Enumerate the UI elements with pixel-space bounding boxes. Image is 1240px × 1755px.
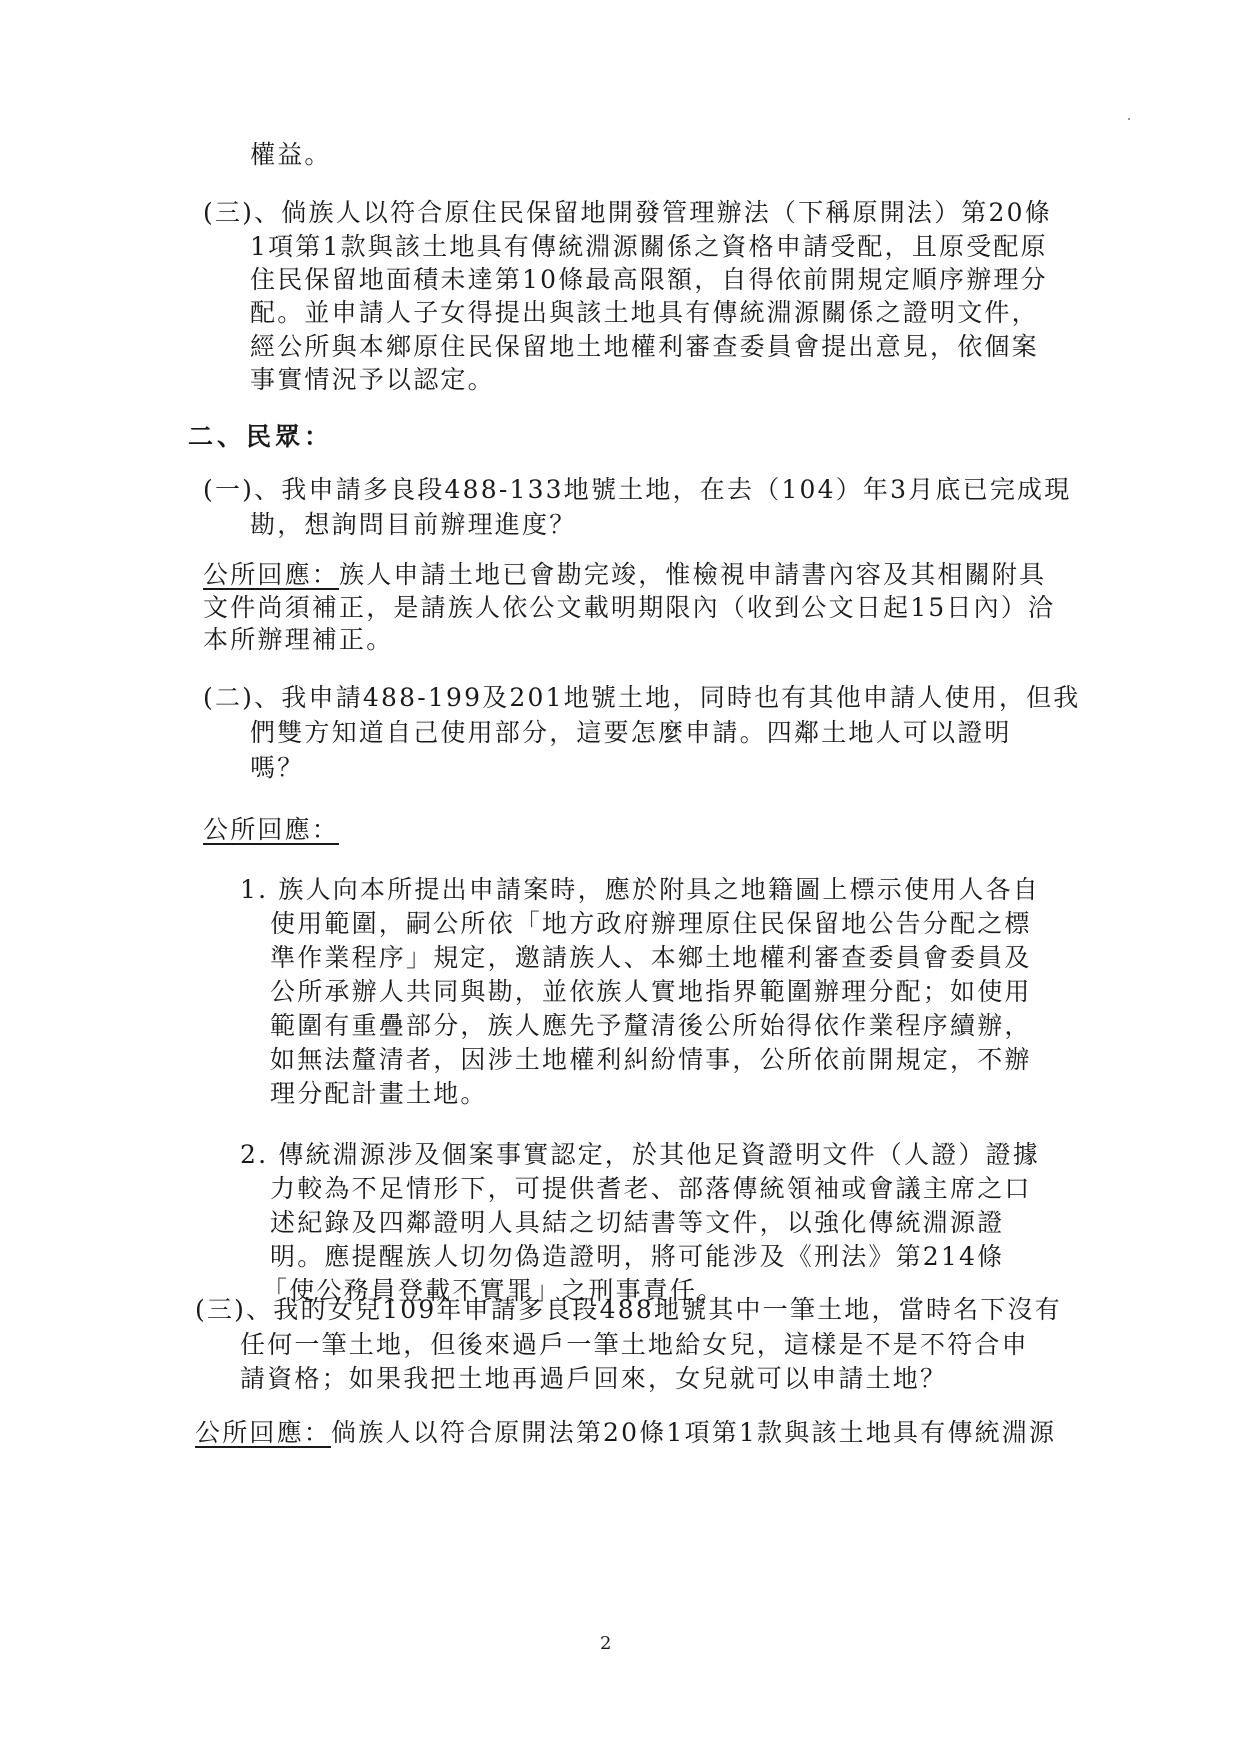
response-one-line: 文件尚須補正，是請族人依公文載明期限內（收到公文日起15日內）洽: [203, 591, 1055, 625]
question-two-line: 嗎？: [250, 751, 304, 785]
response-one-line: 公所回應：族人申請土地已會勘完竣，惟檢視申請書內容及其相關附具: [203, 558, 1046, 592]
response-text: 倘族人以符合原開法第20條1項第1款與該土地具有傳統淵源: [331, 1418, 1056, 1447]
page-number: 2: [600, 1633, 611, 1654]
response-two-item-two-line: 2. 傳統淵源涉及個案事實認定，於其他足資證明文件（人證）證據: [240, 1138, 1040, 1172]
response-three-line: 公所回應：倘族人以符合原開法第20條1項第1款與該土地具有傳統淵源: [195, 1416, 1056, 1450]
response-two-item-one-line: 使用範圍，嗣公所依「地方政府辦理原住民保留地公告分配之標: [270, 907, 1032, 941]
response-two-item-one-line: 如無法釐清者，因涉土地權利糾紛情事，公所依前開規定，不辦: [270, 1043, 1032, 1077]
item-three-line: 經公所與本鄉原住民保留地土地權利審查委員會提出意見，依個案: [250, 330, 1039, 364]
question-two-line: (二)、我申請488-199及201地號土地，同時也有其他申請人使用，但我: [203, 681, 1081, 715]
response-one-line: 本所辦理補正。: [203, 623, 393, 657]
question-one-line: 勘，想詢問目前辦理進度？: [250, 508, 576, 542]
response-label: 公所回應：: [203, 560, 339, 589]
response-two-item-one-line: 準作業程序」規定，邀請族人、本鄉土地權利審查委員會委員及: [270, 941, 1032, 975]
response-two-item-one-line: 範圍有重疊部分，族人應先予釐清後公所始得依作業程序續辦，: [270, 1009, 1032, 1043]
paragraph-line: 權益。: [250, 138, 332, 172]
response-text: 族人申請土地已會勘完竣，惟檢視申請書內容及其相關附具: [339, 560, 1046, 589]
response-two-item-one-line: 1. 族人向本所提出申請案時，應於附具之地籍圖上標示使用人各自: [240, 873, 1040, 907]
response-two-item-two-line: 述紀錄及四鄰證明人具結之切結書等文件，以強化傳統淵源證: [270, 1206, 1004, 1240]
question-two-line: 們雙方知道自己使用部分，這要怎麼申請。四鄰土地人可以證明: [250, 716, 1012, 750]
response-label: 公所回應：: [203, 815, 339, 844]
question-three-line: (三)、我的女兒109年申請多良段488地號其中一筆土地，當時名下沒有: [195, 1293, 1062, 1327]
response-label: 公所回應：: [195, 1418, 331, 1447]
response-two-item-two-line: 力較為不足情形下，可提供耆老、部落傳統領袖或會議主席之口: [270, 1172, 1032, 1206]
scan-artifact: [1128, 118, 1130, 120]
section-heading-public: 二、民眾：: [188, 420, 333, 454]
item-three-line: 1項第1款與該土地具有傳統淵源關係之資格申請受配，且原受配原: [250, 230, 1048, 264]
response-two-item-one-line: 公所承辦人共同與勘，並依族人實地指界範圍辦理分配；如使用: [270, 975, 1032, 1009]
item-three-line: 事實情況予以認定。: [250, 363, 495, 397]
question-one-line: (一)、我申請多良段488-133地號土地，在去（104）年3月底已完成現: [203, 473, 1071, 507]
item-three-line: 住民保留地面積未達第10條最高限額，自得依前開規定順序辦理分: [250, 263, 1048, 297]
item-three-line: (三)、倘族人以符合原住民保留地開發管理辦法（下稱原開法）第20條: [203, 196, 1052, 230]
response-two-item-one-line: 理分配計畫土地。: [270, 1077, 488, 1111]
question-three-line: 任何一筆土地，但後來過戶一筆土地給女兒，這樣是不是不符合申: [240, 1328, 1029, 1362]
question-three-line: 請資格；如果我把土地再過戶回來，女兒就可以申請土地？: [240, 1362, 947, 1396]
response-two-item-two-line: 明。應提醒族人切勿偽造證明，將可能涉及《刑法》第214條: [270, 1240, 1004, 1274]
response-two-label: 公所回應：: [203, 813, 339, 847]
item-three-line: 配。並申請人子女得提出與該土地具有傳統淵源關係之證明文件，: [250, 296, 1039, 330]
